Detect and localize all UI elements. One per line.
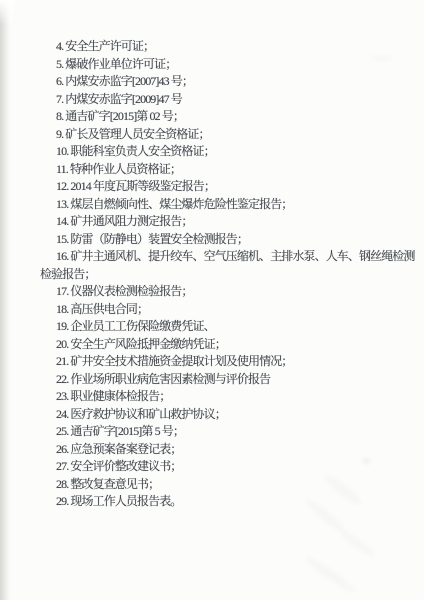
document-line: 19. 企业员工工伤保险缴费凭证、 xyxy=(40,318,416,336)
document-line: 8. 通吉矿字[2015]第 02 号； xyxy=(40,108,416,126)
scan-smudge xyxy=(370,55,392,61)
document-line: 15. 防雷（防静电）装置安全检测报告； xyxy=(40,231,416,249)
document-line: 7. 内煤安赤监字[2009]47 号 xyxy=(40,91,416,109)
document-line: 检验报告； xyxy=(40,266,416,284)
document-line: 16. 矿井主通风机、提升绞车、空气压缩机、主排水泵、人车、钢丝绳检测 xyxy=(40,248,416,266)
document-line: 13. 煤层自燃倾向性、煤尘爆炸危险性鉴定报告； xyxy=(40,196,416,214)
document-line: 24. 医疗救护协议和矿山救护协议； xyxy=(40,406,416,424)
scan-edge-highlight xyxy=(0,0,14,26)
document-line: 11. 特种作业人员资格证； xyxy=(40,161,416,179)
scanned-page: 4. 安全生产许可证；5. 爆破作业单位许可证；6. 内煤安赤监字[2007]4… xyxy=(0,0,424,600)
document-line: 22. 作业场所职业病危害因素检测与评价报告 xyxy=(40,371,416,389)
document-line: 23. 职业健康体检报告； xyxy=(40,388,416,406)
document-line: 26. 应急预案备案登记表； xyxy=(40,441,416,459)
document-line: 18. 高压供电合同； xyxy=(40,301,416,319)
document-line: 10. 职能科室负责人安全资格证； xyxy=(40,143,416,161)
scan-smudge xyxy=(362,458,370,464)
document-line: 14. 矿井通风阻力测定报告； xyxy=(40,213,416,231)
document-line: 12. 2014 年度瓦斯等级鉴定报告； xyxy=(40,178,416,196)
document-line: 6. 内煤安赤监字[2007]43 号； xyxy=(40,73,416,91)
document-line: 28. 整改复查意见书； xyxy=(40,476,416,494)
document-line: 9. 矿长及管理人员安全资格证； xyxy=(40,126,416,144)
scan-edge-shadow xyxy=(0,0,10,600)
document-line: 20. 安全生产风险抵押金缴纳凭证； xyxy=(40,336,416,354)
document-line: 21. 矿井安全技术措施资金提取计划及使用情况； xyxy=(40,353,416,371)
document-lines: 4. 安全生产许可证；5. 爆破作业单位许可证；6. 内煤安赤监字[2007]4… xyxy=(40,38,416,511)
document-line: 5. 爆破作业单位许可证； xyxy=(40,56,416,74)
document-line: 25. 通吉矿字[2015]第 5 号； xyxy=(40,423,416,441)
document-line: 27. 安全评价整改建议书； xyxy=(40,458,416,476)
document-line: 4. 安全生产许可证； xyxy=(40,38,416,56)
scan-smudge xyxy=(339,529,376,559)
document-line: 17. 仪器仪表检测检验报告； xyxy=(40,283,416,301)
scan-smudge xyxy=(303,554,357,596)
